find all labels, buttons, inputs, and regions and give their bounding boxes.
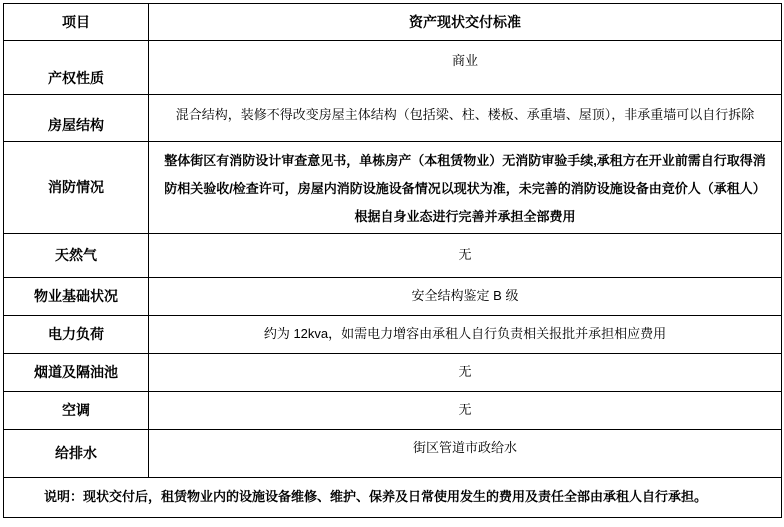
row-label: 物业基础状况 (4, 278, 149, 316)
row-value: 混合结构，装修不得改变房屋主体结构（包括梁、柱、楼板、承重墙、屋顶），非承重墙可… (149, 95, 782, 142)
table-row-fire-safety: 消防情况 整体街区有消防设计审查意见书，单栋房产（本租赁物业）无消防审验手续,承… (4, 142, 782, 234)
row-value: 约为 12kva，如需电力增容由承租人自行负责相关报批并承担相应费用 (149, 316, 782, 354)
table-row-power-load: 电力负荷 约为 12kva，如需电力增容由承租人自行负责相关报批并承担相应费用 (4, 316, 782, 354)
row-label: 空调 (4, 392, 149, 430)
row-value: 无 (149, 354, 782, 392)
table-row-water-supply-drainage: 给排水 街区管道市政给水 (4, 430, 782, 478)
table-row-property-basic-condition: 物业基础状况 安全结构鉴定 B 级 (4, 278, 782, 316)
table-row-property-nature: 产权性质 商业 (4, 41, 782, 95)
table-header-row: 项目 资产现状交付标准 (4, 4, 782, 41)
document-page: 项目 资产现状交付标准 产权性质 商业 房屋结构 混合结构，装修不得改变房屋主体… (0, 0, 784, 527)
table-row-air-conditioning: 空调 无 (4, 392, 782, 430)
table-footer-row: 说明：现状交付后，租赁物业内的设施设备维修、维护、保养及日常使用发生的费用及责任… (4, 478, 782, 518)
row-value: 街区管道市政给水 (149, 430, 782, 478)
row-value: 无 (149, 234, 782, 278)
header-cell-item: 项目 (4, 4, 149, 41)
asset-delivery-standards-table: 项目 资产现状交付标准 产权性质 商业 房屋结构 混合结构，装修不得改变房屋主体… (3, 3, 782, 518)
row-label: 电力负荷 (4, 316, 149, 354)
row-value: 安全结构鉴定 B 级 (149, 278, 782, 316)
row-value: 无 (149, 392, 782, 430)
row-value: 商业 (149, 41, 782, 95)
footer-note: 说明：现状交付后，租赁物业内的设施设备维修、维护、保养及日常使用发生的费用及责任… (4, 478, 782, 518)
table-row-natural-gas: 天然气 无 (4, 234, 782, 278)
row-label: 天然气 (4, 234, 149, 278)
table-row-building-structure: 房屋结构 混合结构，装修不得改变房屋主体结构（包括梁、柱、楼板、承重墙、屋顶），… (4, 95, 782, 142)
table-row-flue-grease-trap: 烟道及隔油池 无 (4, 354, 782, 392)
row-label: 烟道及隔油池 (4, 354, 149, 392)
row-label: 消防情况 (4, 142, 149, 234)
row-value: 整体街区有消防设计审查意见书，单栋房产（本租赁物业）无消防审验手续,承租方在开业… (149, 142, 782, 234)
row-label: 产权性质 (4, 41, 149, 95)
row-label: 房屋结构 (4, 95, 149, 142)
header-cell-standard: 资产现状交付标准 (149, 4, 782, 41)
row-label: 给排水 (4, 430, 149, 478)
